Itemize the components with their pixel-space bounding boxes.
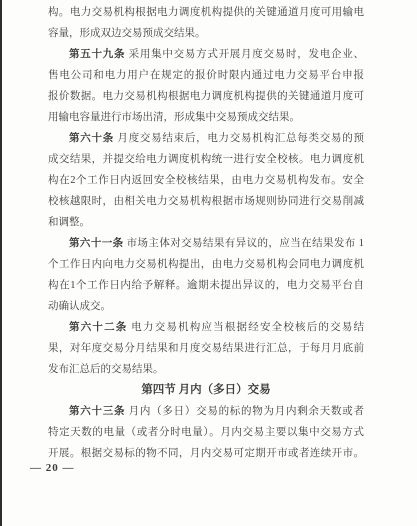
text-line: 第六十一条 市场主体对交易结果有异议的，应当在结果发布 1 <box>48 233 364 254</box>
text-line: 第六十三条 月内（多日）交易的标的物为月内剩余天数或者 <box>48 401 364 422</box>
text-line: 第六十二条 电力交易机构应当根据经安全校核后的交易结 <box>48 317 364 338</box>
article-number: 第六十一条 <box>69 238 124 249</box>
text-line: 和调整。 <box>48 212 364 233</box>
text-line: 校核越限时，由相关电力交易机构根据市场规则协同进行交易削减 <box>48 191 364 212</box>
document-body: 构。电力交易机构根据电力调度机构提供的关键通道月度可用输电容量，形成双边交易预成… <box>48 2 364 464</box>
page-number: — 20 — <box>30 461 75 475</box>
text-line: 用输电容量进行市场出清，形成集中交易预成交结果。 <box>48 107 364 128</box>
text-line: 个工作日内向电力交易机构提出，由电力交易机构会同电力调度机 <box>48 254 364 275</box>
text-line: 容量，形成双边交易预成交结果。 <box>48 23 364 44</box>
text-line: 果，对年度交易分月结果和月度交易结果进行汇总，于每月月底前 <box>48 338 364 359</box>
text-line: 特定天数的电量（或者分时电量）。月内交易主要以集中交易方式 <box>48 422 364 443</box>
text-line: 构在1个工作日内给予解释。逾期未提出异议的，电力交易平台自 <box>48 275 364 296</box>
text-line: 开展。根据交易标的物不同，月内交易可定期开市或者连续开市。 <box>48 443 364 464</box>
text-line: 发布汇总后的交易结果。 <box>48 359 364 380</box>
section-heading: 第四节 月内（多日）交易 <box>48 380 364 401</box>
article-number: 第六十三条 <box>69 406 125 417</box>
text-line: 报价数据。电力交易机构根据电力调度机构提供的关键通道月度可 <box>48 86 364 107</box>
scan-edge-line <box>0 0 2 526</box>
text-line: 构。电力交易机构根据电力调度机构提供的关键通道月度可用输电 <box>48 2 364 23</box>
text-line: 第五十九条 采用集中交易方式开展月度交易时，发电企业、 <box>48 44 364 65</box>
text-line: 售电公司和电力用户在规定的报价时限内通过电力交易平台申报 <box>48 65 364 86</box>
document-page: 构。电力交易机构根据电力调度机构提供的关键通道月度可用输电容量，形成双边交易预成… <box>0 0 417 526</box>
article-number: 第六十条 <box>69 133 114 144</box>
text-line: 第六十条 月度交易结束后，电力交易机构汇总每类交易的预 <box>48 128 364 149</box>
article-number: 第六十二条 <box>69 322 127 333</box>
text-line: 动确认成交。 <box>48 296 364 317</box>
text-line: 成交结果，并提交给电力调度机构统一进行安全校核。电力调度机 <box>48 149 364 170</box>
article-number: 第五十九条 <box>69 49 125 60</box>
text-line: 构在2个工作日内返回安全校核结果，由电力交易机构发布。安全 <box>48 170 364 191</box>
